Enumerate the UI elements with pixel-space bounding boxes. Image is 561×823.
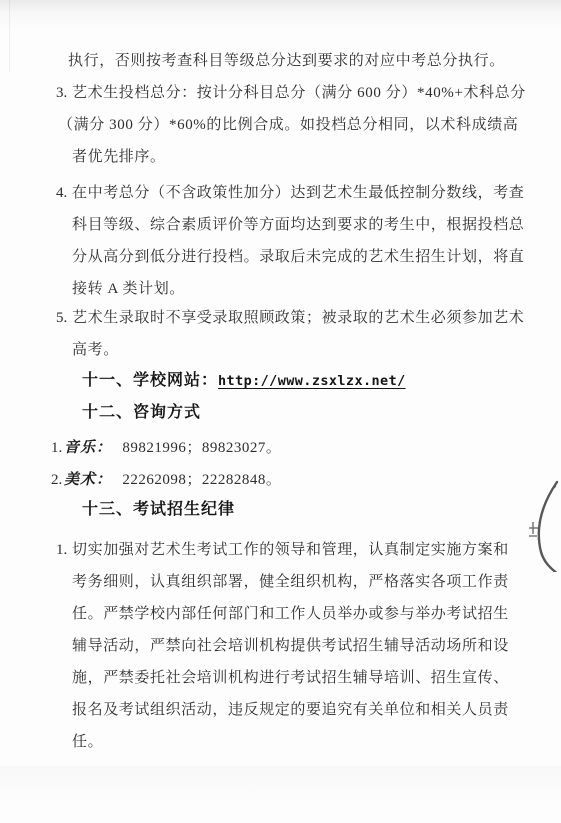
item-text-line: 报名及考试组织活动，违反规定的要追究有关单位和相关人员责	[0, 694, 561, 726]
item-text-line: 科目等级、综合素质评价等方面均达到要求的考生中，根据投档总	[0, 209, 561, 241]
item-text: 艺术生投档总分：按计分科目总分（满分 600 分）*40%+术科总分	[72, 85, 526, 101]
item-text-line: 考务细则，认真组织部署，健全组织机构，严格落实各项工作责	[0, 566, 561, 598]
contact-label: 音乐：	[64, 440, 112, 456]
paragraph-line: 执行，否则按考查科目等级总分达到要求的对应中考总分执行。	[0, 45, 561, 77]
section-heading-discipline: 十三、考试招生纪律	[82, 494, 235, 526]
list-item-first-line: 1. 切实加强对艺术生考试工作的领导和管理，认真制定实施方案和	[0, 534, 561, 566]
item-text-line: 者优先排序。	[0, 141, 561, 173]
item-number: 1.	[56, 534, 67, 566]
discipline-item-1: 1. 切实加强对艺术生考试工作的领导和管理，认真制定实施方案和 考务细则，认真组…	[0, 534, 561, 758]
seal-fragment-icon	[521, 472, 561, 572]
item-text-line: 分从高分到低分进行投档。录取后未完成的艺术生招生计划，将直	[0, 241, 561, 273]
item-number: 2.	[51, 464, 62, 496]
item-number: 3.	[56, 77, 67, 109]
item-text: 艺术生录取时不享受录取照顾政策；被录取的艺术生必须参加艺术	[72, 310, 524, 326]
list-item-5: 5. 艺术生录取时不享受录取照顾政策；被录取的艺术生必须参加艺术 高考。	[0, 302, 561, 366]
contact-label: 美术：	[64, 472, 112, 488]
contact-row-art: 2. 美术： 22262098；22282848。	[0, 464, 561, 496]
contact-line: 2. 美术： 22262098；22282848。	[0, 464, 561, 496]
list-item-3: 3. 艺术生投档总分：按计分科目总分（满分 600 分）*40%+术科总分 （满…	[0, 77, 561, 173]
contact-row-music: 1. 音乐： 89821996；89823027。	[0, 432, 561, 464]
item-text-line: 接转 A 类计划。	[0, 273, 561, 305]
item-text-line: 施，严禁委托社会培训机构进行考试招生辅导培训、招生宣传、	[0, 662, 561, 694]
contact-line: 1. 音乐： 89821996；89823027。	[0, 432, 561, 464]
list-item-first-line: 4. 在中考总分（不含政策性加分）达到艺术生最低控制分数线，考查	[0, 177, 561, 209]
item-text-line: 辅导活动，严禁向社会培训机构提供考试招生辅导活动场所和设	[0, 630, 561, 662]
contact-phones: 22262098；22282848。	[122, 472, 281, 488]
item-text-line: 高考。	[0, 334, 561, 366]
list-item-4: 4. 在中考总分（不含政策性加分）达到艺术生最低控制分数线，考查 科目等级、综合…	[0, 177, 561, 305]
section-heading-consult: 十二、咨询方式	[82, 397, 201, 429]
item-text-line: （满分 300 分）*60%的比例合成。如投档总分相同，以术科成绩高	[0, 109, 561, 141]
school-website-link[interactable]: http://www.zsxlzx.net/	[218, 373, 406, 389]
item-text-line: 任。	[0, 726, 561, 758]
item-number: 4.	[56, 177, 67, 209]
scan-artifact-band	[0, 766, 561, 804]
list-item-first-line: 3. 艺术生投档总分：按计分科目总分（满分 600 分）*40%+术科总分	[0, 77, 561, 109]
section-heading-website: 十一、学校网站：http://www.zsxlzx.net/	[82, 365, 406, 397]
item-text-line: 任。严禁学校内部任何部门和工作人员举办或参与举办考试招生	[0, 598, 561, 630]
item-text: 切实加强对艺术生考试工作的领导和管理，认真制定实施方案和	[72, 542, 509, 558]
item-number: 1.	[51, 432, 62, 464]
contact-phones: 89821996；89823027。	[122, 440, 281, 456]
item-text: 在中考总分（不含政策性加分）达到艺术生最低控制分数线，考查	[72, 185, 524, 201]
paragraph-continued: 执行，否则按考查科目等级总分达到要求的对应中考总分执行。	[0, 45, 561, 77]
scanned-document-page: 执行，否则按考查科目等级总分达到要求的对应中考总分执行。 3. 艺术生投档总分：…	[0, 0, 561, 823]
list-item-first-line: 5. 艺术生录取时不享受录取照顾政策；被录取的艺术生必须参加艺术	[0, 302, 561, 334]
item-number: 5.	[56, 302, 67, 334]
section-heading-label: 十一、学校网站：	[82, 372, 218, 389]
